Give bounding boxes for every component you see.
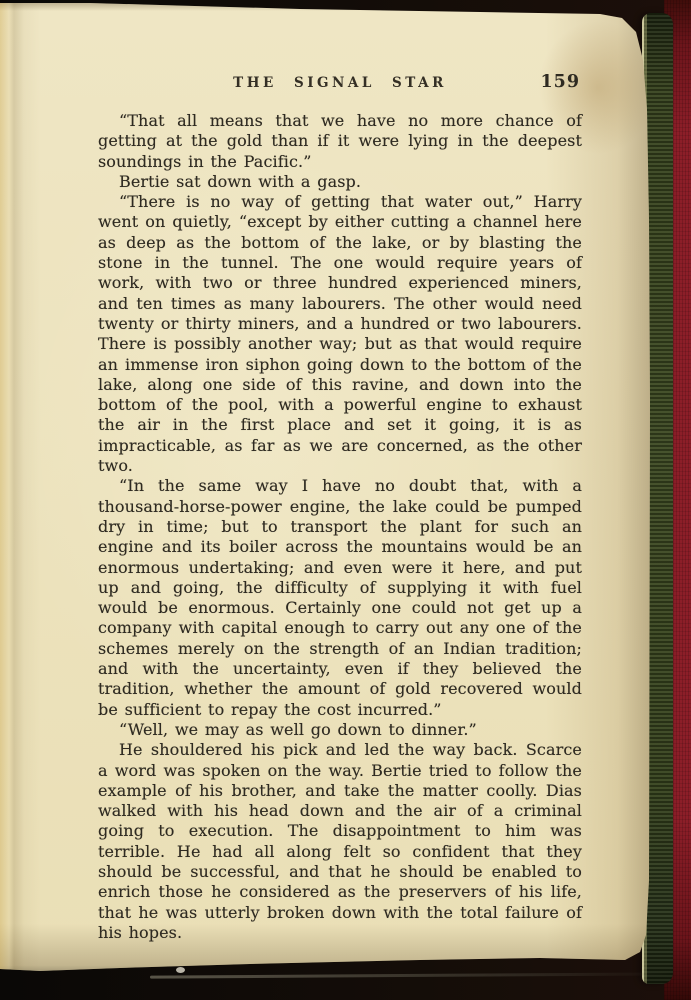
paragraph: “That all means that we have no more cha… — [98, 111, 582, 172]
paragraph: Bertie sat down with a gasp. — [98, 172, 582, 192]
paragraph: “In the same way I have no doubt that, w… — [98, 476, 582, 720]
paragraph: He shouldered his pick and led the way b… — [98, 740, 582, 943]
page-text: “That all means that we have no more cha… — [98, 111, 582, 943]
book-scan-scene: THE SIGNAL STAR 159 “That all means that… — [0, 0, 691, 1000]
running-head: THE SIGNAL STAR 159 — [98, 72, 582, 94]
dust-speck — [176, 967, 185, 973]
page-below-edge-highlight — [150, 972, 670, 978]
paragraph: “Well, we may as well go down to dinner.… — [98, 720, 582, 740]
book-page: THE SIGNAL STAR 159 “That all means that… — [0, 0, 650, 972]
paragraph: “There is no way of getting that water o… — [98, 192, 582, 476]
page-number: 159 — [540, 72, 580, 92]
running-title: THE SIGNAL STAR — [98, 72, 582, 91]
text-column: THE SIGNAL STAR 159 “That all means that… — [98, 72, 582, 943]
